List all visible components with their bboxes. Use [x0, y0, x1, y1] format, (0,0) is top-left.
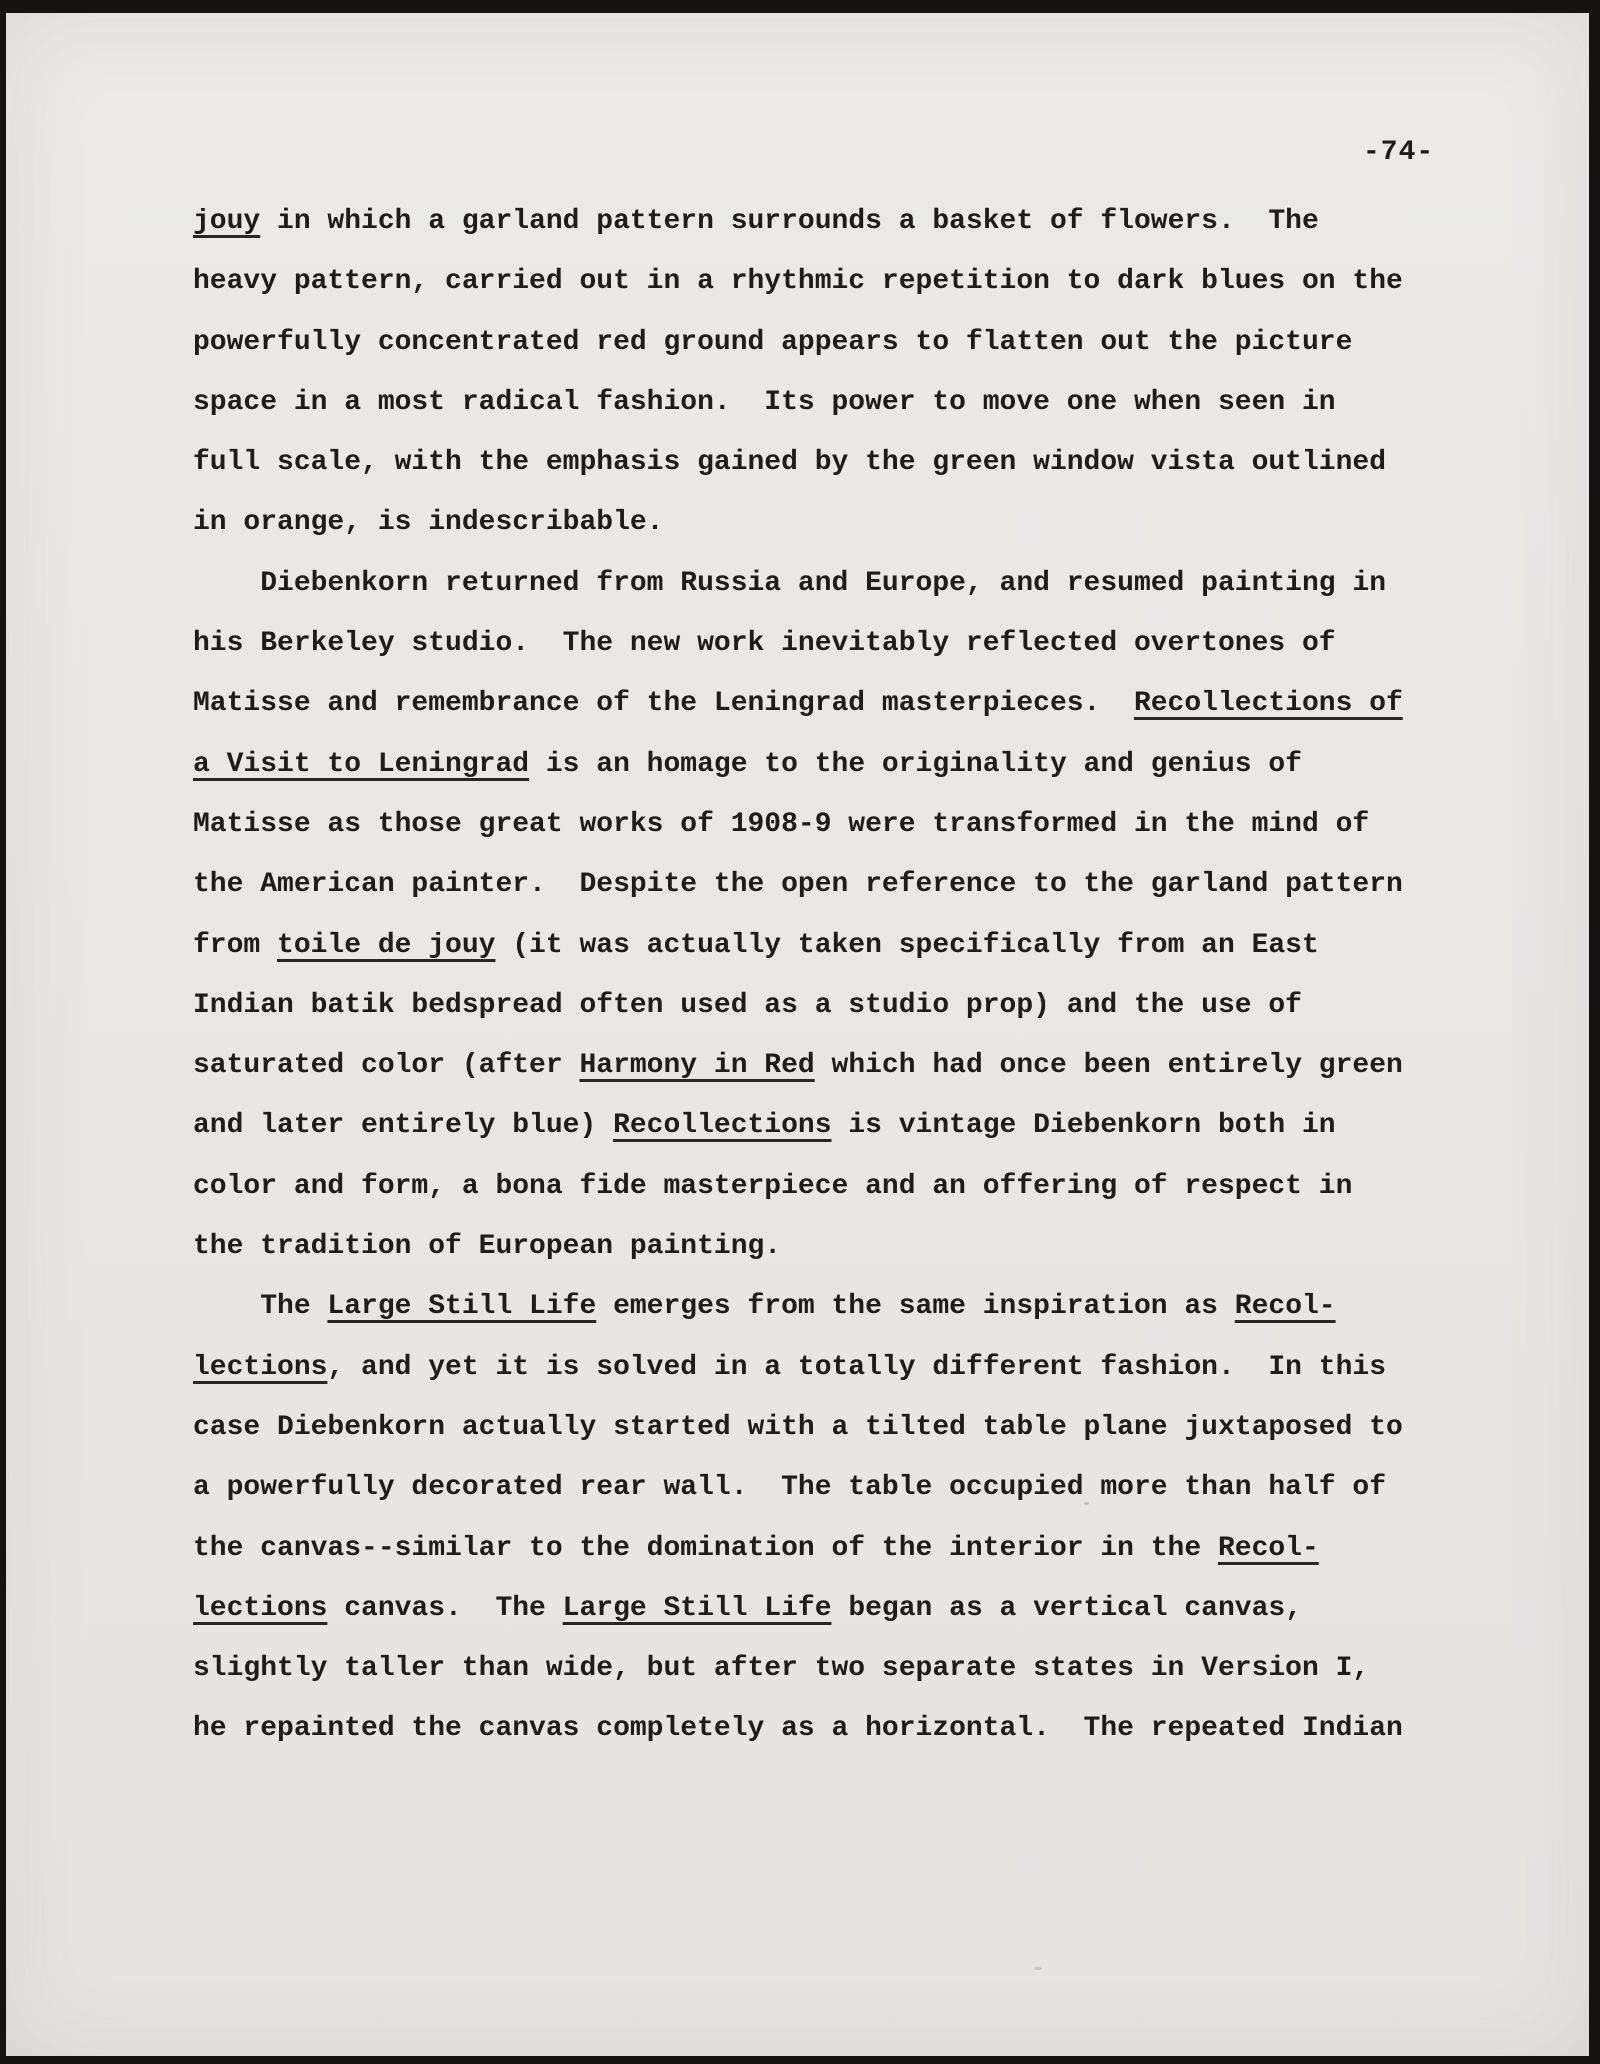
text-line: a powerfully decorated rear wall. The ta… [193, 1458, 1483, 1518]
text-line: from toile de jouy (it was actually take… [193, 916, 1483, 976]
text-segment: is vintage Diebenkorn both in [832, 1110, 1336, 1141]
text-segment: from [193, 930, 277, 961]
text-segment: the American painter. Despite the open r… [193, 869, 1403, 900]
scan-speck [1040, 999, 1046, 1003]
scan-speck [1084, 1502, 1089, 1505]
text-segment: slightly taller than wide, but after two… [193, 1653, 1369, 1684]
underlined-title: Large Still Life [327, 1291, 596, 1322]
text-segment: in which a garland pattern surrounds a b… [260, 206, 1319, 237]
text-segment: powerfully concentrated red ground appea… [193, 327, 1352, 358]
text-segment: saturated color (after [193, 1050, 579, 1081]
text-segment: space in a most radical fashion. Its pow… [193, 387, 1336, 418]
text-line: in orange, is indescribable. [193, 493, 1483, 553]
underlined-title: Recol- [1218, 1533, 1319, 1564]
text-segment: and later entirely blue) [193, 1110, 613, 1141]
text-line: the tradition of European painting. [193, 1217, 1483, 1277]
text-segment: which had once been entirely green [815, 1050, 1403, 1081]
underlined-title: Harmony in Red [579, 1050, 814, 1081]
text-line: and later entirely blue) Recollections i… [193, 1096, 1483, 1156]
text-segment: his Berkeley studio. The new work inevit… [193, 628, 1336, 659]
paper: -74- jouy in which a garland pattern sur… [6, 13, 1589, 2056]
text-line: his Berkeley studio. The new work inevit… [193, 614, 1483, 674]
text-segment: emerges from the same inspiration as [596, 1291, 1235, 1322]
text-line: jouy in which a garland pattern surround… [193, 192, 1483, 252]
text-line: lections canvas. The Large Still Life be… [193, 1579, 1483, 1639]
text-line: slightly taller than wide, but after two… [193, 1639, 1483, 1699]
text-segment: color and form, a bona fide masterpiece … [193, 1171, 1352, 1202]
text-segment: Matisse as those great works of 1908-9 w… [193, 809, 1369, 840]
body-text: jouy in which a garland pattern surround… [193, 192, 1483, 1760]
text-segment: in orange, is indescribable. [193, 507, 663, 538]
underlined-title: toile de jouy [277, 930, 495, 961]
text-segment: a powerfully decorated rear wall. The ta… [193, 1472, 1386, 1503]
text-segment: (it was actually taken specifically from… [495, 930, 1318, 961]
underlined-title: lections [193, 1593, 327, 1624]
text-segment: case Diebenkorn actually started with a … [193, 1412, 1403, 1443]
text-line: saturated color (after Harmony in Red wh… [193, 1036, 1483, 1096]
text-segment: Diebenkorn returned from Russia and Euro… [193, 568, 1386, 599]
text-line: Indian batik bedspread often used as a s… [193, 976, 1483, 1036]
text-line: lections, and yet it is solved in a tota… [193, 1338, 1483, 1398]
text-segment: Indian batik bedspread often used as a s… [193, 990, 1302, 1021]
text-segment: The [193, 1291, 327, 1322]
text-line: the American painter. Despite the open r… [193, 855, 1483, 915]
text-segment: began as a vertical canvas, [832, 1593, 1302, 1624]
text-line: heavy pattern, carried out in a rhythmic… [193, 252, 1483, 312]
text-segment: canvas. The [327, 1593, 562, 1624]
text-segment: Matisse and remembrance of the Leningrad… [193, 688, 1134, 719]
text-line: the canvas--similar to the domination of… [193, 1519, 1483, 1579]
text-line: he repainted the canvas completely as a … [193, 1699, 1483, 1759]
text-line: full scale, with the emphasis gained by … [193, 433, 1483, 493]
underlined-title: jouy [193, 206, 260, 237]
underlined-title: Recollections [613, 1110, 831, 1141]
text-line: Diebenkorn returned from Russia and Euro… [193, 554, 1483, 614]
text-segment: heavy pattern, carried out in a rhythmic… [193, 266, 1403, 297]
underlined-title: Recollections of [1134, 688, 1403, 719]
scan-speck [1034, 1967, 1042, 1970]
page-number: -74- [1363, 136, 1434, 170]
text-segment: is an homage to the originality and geni… [529, 749, 1302, 780]
text-line: space in a most radical fashion. Its pow… [193, 373, 1483, 433]
text-line: The Large Still Life emerges from the sa… [193, 1277, 1483, 1337]
scan-speck [1209, 1609, 1214, 1613]
scanned-page: -74- jouy in which a garland pattern sur… [0, 0, 1600, 2064]
text-line: a Visit to Leningrad is an homage to the… [193, 735, 1483, 795]
text-line: color and form, a bona fide masterpiece … [193, 1157, 1483, 1217]
text-line: Matisse and remembrance of the Leningrad… [193, 674, 1483, 734]
text-line: case Diebenkorn actually started with a … [193, 1398, 1483, 1458]
text-segment: full scale, with the emphasis gained by … [193, 447, 1386, 478]
text-segment: , and yet it is solved in a totally diff… [327, 1352, 1386, 1383]
text-segment: the canvas--similar to the domination of… [193, 1533, 1218, 1564]
underlined-title: a Visit to Leningrad [193, 749, 529, 780]
text-segment: he repainted the canvas completely as a … [193, 1713, 1403, 1744]
text-segment: the tradition of European painting. [193, 1231, 781, 1262]
underlined-title: lections [193, 1352, 327, 1383]
text-line: Matisse as those great works of 1908-9 w… [193, 795, 1483, 855]
underlined-title: Recol- [1235, 1291, 1336, 1322]
text-line: powerfully concentrated red ground appea… [193, 313, 1483, 373]
underlined-title: Large Still Life [563, 1593, 832, 1624]
